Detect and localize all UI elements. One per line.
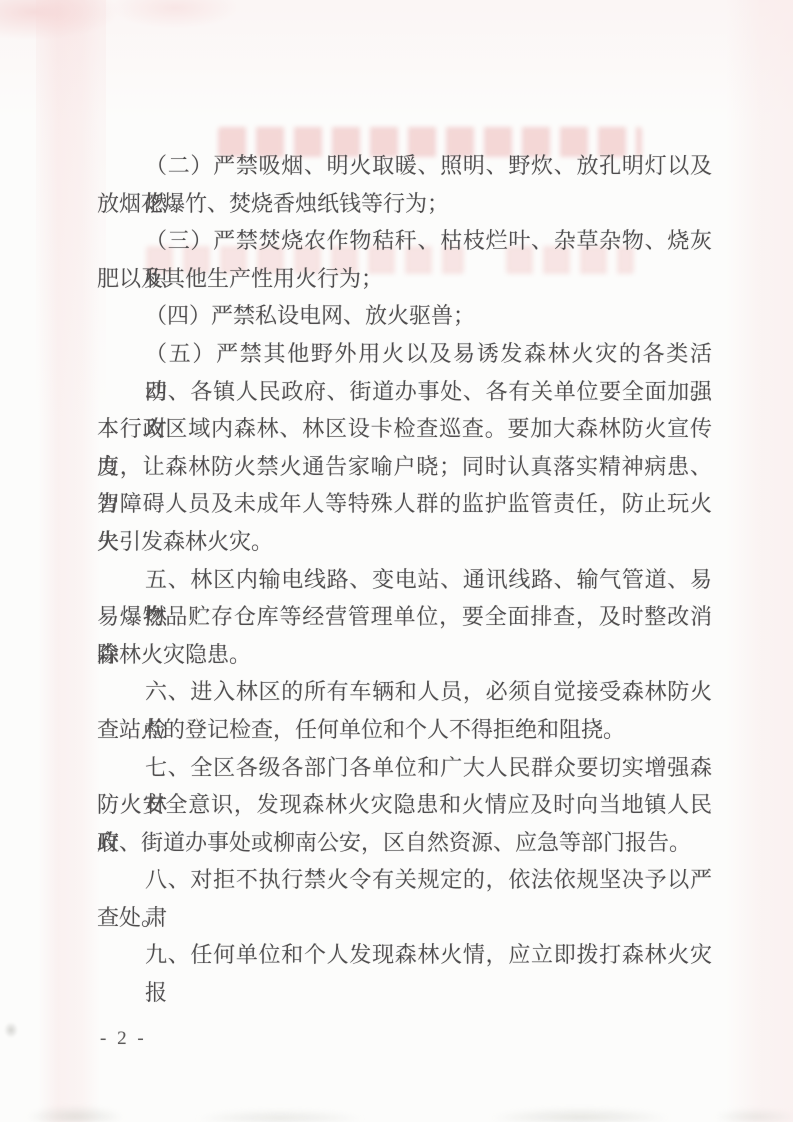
text-line: 九、任何单位和个人发现森林火情，应立即拨打森林火灾报 [97, 936, 712, 974]
text-line: 易爆物品贮存仓库等经营管理单位，要全面排查，及时整改消除 [97, 598, 712, 636]
text-line: 火引发森林火灾。 [97, 523, 712, 561]
text-line: 肥以及其他生产性用火行为； [97, 260, 712, 298]
text-line: 查处。 [97, 899, 712, 937]
text-line: 七、全区各级各部门各单位和广大人民群众要切实增强森林 [97, 749, 712, 787]
text-line: （三）严禁焚烧农作物秸秆、枯枝烂叶、杂草杂物、烧灰积 [97, 222, 712, 260]
page-number: - 2 - [100, 1028, 147, 1050]
scan-artifact-left-speck [4, 1022, 18, 1038]
text-line: （五）严禁其他野外用火以及易诱发森林火灾的各类活动。 [97, 335, 712, 373]
bleed-through-left-band [36, 0, 106, 420]
text-line: 查站点的登记检查，任何单位和个人不得拒绝和阻挠。 [97, 711, 712, 749]
text-line: 府、街道办事处或柳南公安，区自然资源、应急等部门报告。 [97, 824, 712, 862]
text-line: 放烟花爆竹、焚烧香烛纸钱等行为； [97, 185, 712, 223]
text-line: 本行政区域内森林、林区设卡检查巡查。要加大森林防火宣传力 [97, 410, 712, 448]
document-body: （二）严禁吸烟、明火取暖、照明、野炊、放孔明灯以及燃放烟花爆竹、焚烧香烛纸钱等行… [97, 147, 712, 974]
text-line: 度，让森林防火禁火通告家喻户晓；同时认真落实精神病患、智 [97, 448, 712, 486]
scanned-page: （二）严禁吸烟、明火取暖、照明、野炊、放孔明灯以及燃放烟花爆竹、焚烧香烛纸钱等行… [0, 0, 793, 1122]
text-line: 五、林区内输电线路、变电站、通讯线路、输气管道、易燃 [97, 561, 712, 599]
text-line: （四）严禁私设电网、放火驱兽； [97, 297, 712, 335]
text-line: （二）严禁吸烟、明火取暖、照明、野炊、放孔明灯以及燃 [97, 147, 712, 185]
text-line: 八、对拒不执行禁火令有关规定的，依法依规坚决予以严肃 [97, 861, 712, 899]
text-line: 四、各镇人民政府、街道办事处、各有关单位要全面加强对 [97, 373, 712, 411]
text-line: 力障碍人员及未成年人等特殊人群的监护监管责任，防止玩火失 [97, 485, 712, 523]
text-line: 森林火灾隐患。 [97, 636, 712, 674]
scan-artifact-bottom-edge [0, 1077, 793, 1122]
text-line: 六、进入林区的所有车辆和人员，必须自觉接受森林防火检 [97, 673, 712, 711]
text-line: 防火安全意识，发现森林火灾隐患和火情应及时向当地镇人民政 [97, 786, 712, 824]
